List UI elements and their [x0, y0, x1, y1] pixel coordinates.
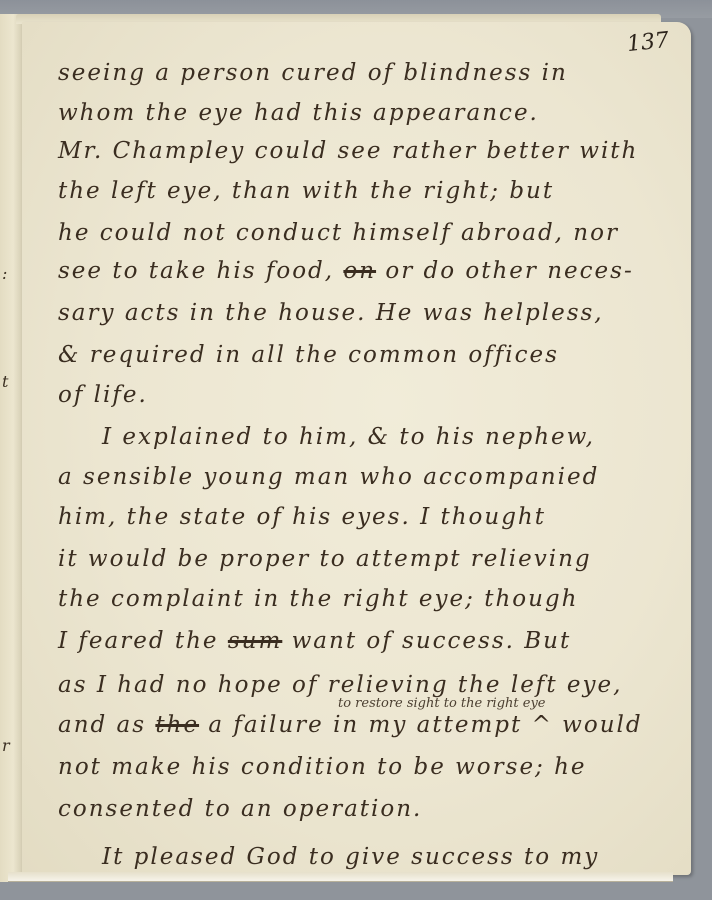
line-text: and as — [58, 712, 146, 738]
text-line: consented to an operation. — [58, 796, 422, 822]
line-text: see to take his food, — [58, 258, 334, 284]
manuscript-page: 137 seeing a person cured of blindness i… — [22, 22, 691, 875]
text-line: it would be proper to attempt relieving — [58, 546, 592, 572]
text-line: sary acts in the house. He was helpless, — [58, 300, 604, 326]
text-line: of life. — [58, 382, 148, 408]
text-line: whom the eye had this appearance. — [58, 100, 539, 126]
line-text: want of success. But — [292, 628, 572, 654]
line-text: a failure in my attempt — [208, 712, 522, 738]
text-line: I feared the sum want of success. But — [58, 628, 571, 654]
text-line: the complaint in the right eye; though — [58, 586, 578, 612]
text-line: and as the a failure in my attempt ^ wou… — [58, 712, 643, 738]
struck-word: sum — [228, 628, 282, 654]
struck-word: on — [343, 258, 376, 284]
margin-fragment: r — [2, 736, 10, 755]
struck-word: the — [155, 712, 199, 738]
text-line: he could not conduct himself abroad, nor — [58, 220, 619, 246]
folio-number: 137 — [626, 28, 670, 57]
margin-fragment: t — [2, 372, 8, 391]
text-line: him, the state of his eyes. I thought — [58, 504, 546, 530]
text-line: I explained to him, & to his nephew, — [102, 424, 595, 450]
margin-fragment: : — [2, 264, 7, 283]
insertion-caret: ^ — [532, 712, 553, 738]
line-text: would — [562, 712, 642, 738]
text-line: Mr. Champley could see rather better wit… — [58, 138, 638, 164]
text-line: & required in all the common offices — [58, 342, 559, 368]
page-bottom-edge — [8, 872, 673, 882]
text-line: not make his condition to be worse; he — [58, 754, 587, 780]
text-line: as I had no hope of relieving the left e… — [58, 672, 622, 698]
interlinear-insertion: to restore sight to the right eye — [338, 696, 546, 711]
facing-page-edge: : t r — [0, 14, 23, 882]
text-line: It pleased God to give success to my — [102, 844, 599, 870]
text-line: seeing a person cured of blindness in — [58, 60, 568, 86]
text-line: see to take his food, on or do other nec… — [58, 258, 634, 284]
text-line: a sensible young man who accompanied — [58, 464, 599, 490]
line-text: I feared the — [58, 628, 219, 654]
line-text: or do other neces- — [385, 258, 633, 284]
text-line: the left eye, than with the right; but — [58, 178, 554, 204]
